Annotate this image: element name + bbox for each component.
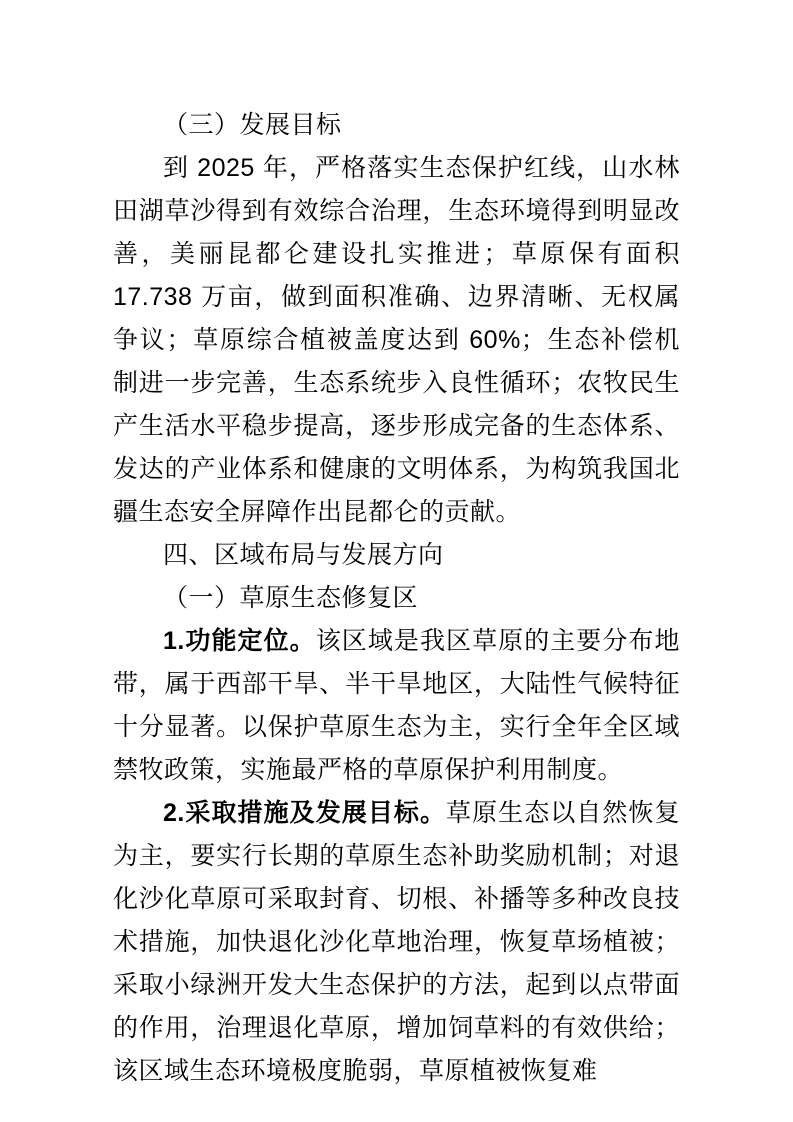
heading-section-four: 四、区域布局与发展方向	[113, 534, 680, 577]
paragraph-lead-measures-goals: 2.采取措施及发展目标。	[163, 799, 446, 827]
paragraph-2025-goals: 到 2025 年，严格落实生态保护红线，山水林田湖草沙得到有效综合治理，生态环境…	[113, 147, 680, 534]
heading-development-goals: （三）发展目标	[113, 104, 680, 147]
document-page: （三）发展目标 到 2025 年，严格落实生态保护红线，山水林田湖草沙得到有效综…	[0, 0, 793, 1122]
paragraph-measures-goals: 2.采取措施及发展目标。草原生态以自然恢复为主，要实行长期的草原生态补助奖励机制…	[113, 792, 680, 1093]
paragraph-body-measures-goals: 草原生态以自然恢复为主，要实行长期的草原生态补助奖励机制；对退化沙化草原可采取封…	[113, 799, 680, 1085]
heading-grassland-restoration-zone: （一）草原生态修复区	[113, 577, 680, 620]
paragraph-lead-function-positioning: 1.功能定位。	[163, 627, 316, 655]
paragraph-function-positioning: 1.功能定位。该区域是我区草原的主要分布地带，属于西部干旱、半干旱地区，大陆性气…	[113, 620, 680, 792]
